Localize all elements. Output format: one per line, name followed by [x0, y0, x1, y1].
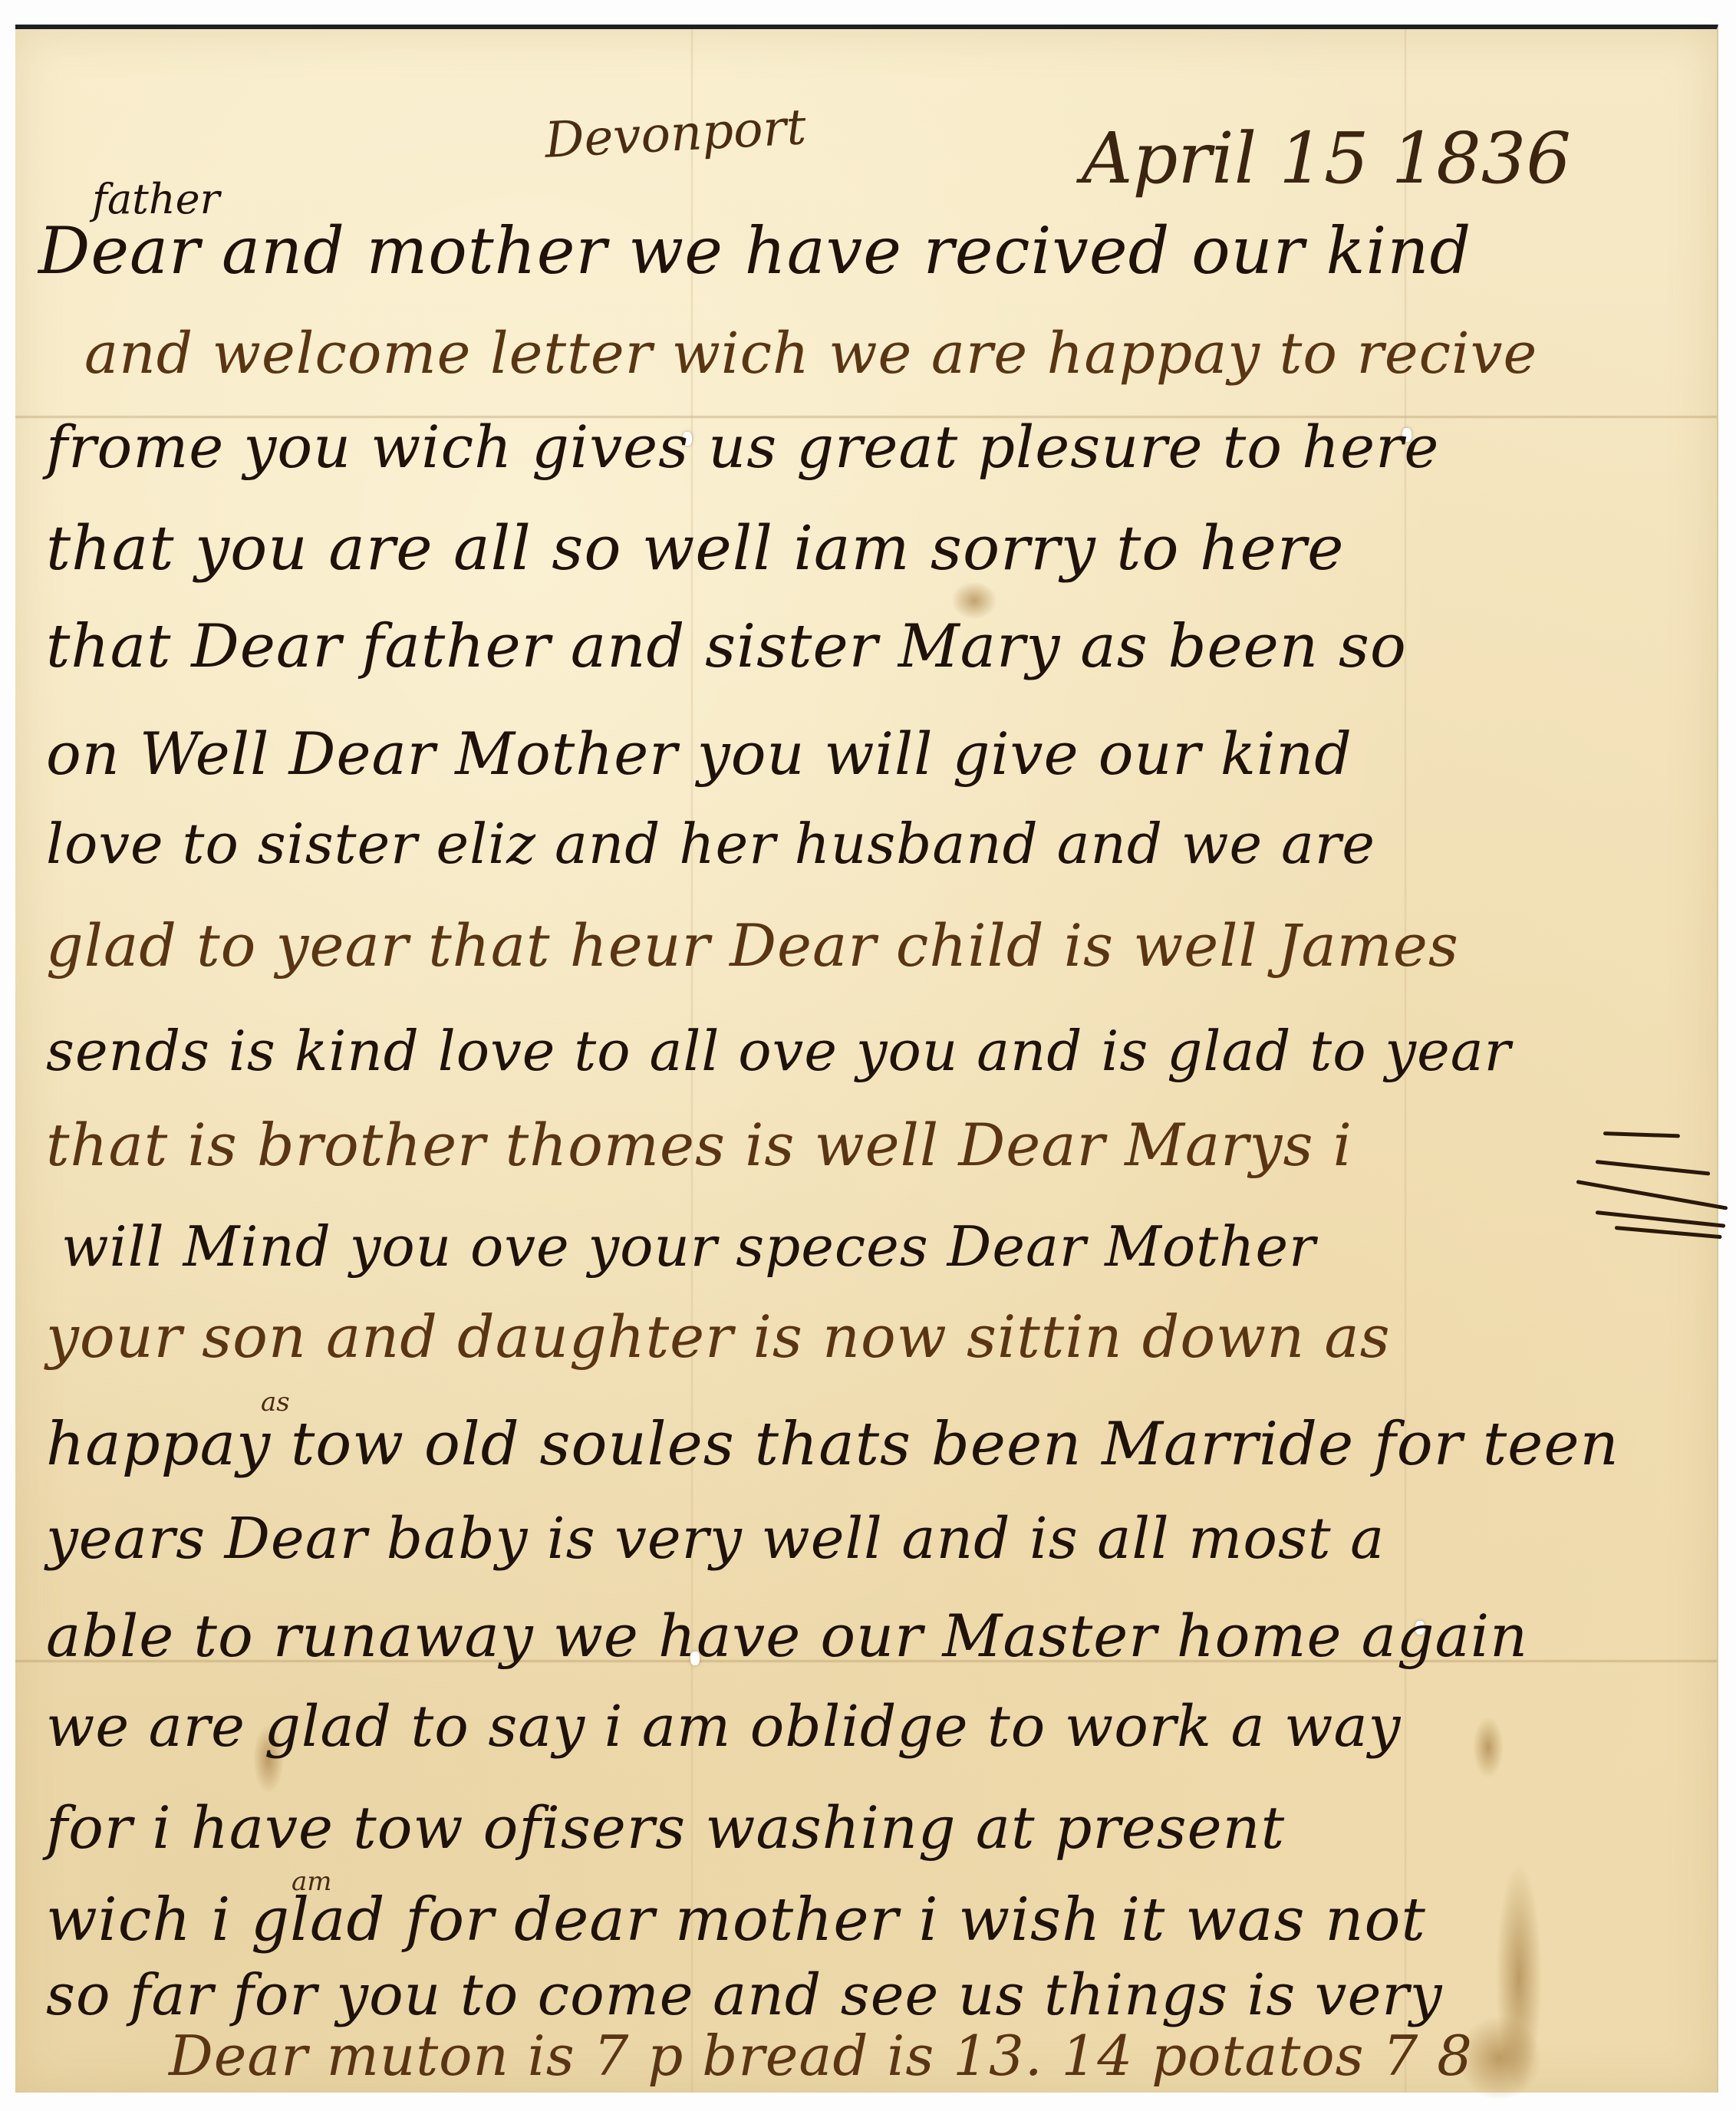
- letter-line-14: years Dear baby is very well and is all …: [46, 1506, 1385, 1572]
- margin-mark: [1596, 1210, 1726, 1228]
- margin-mark: [1596, 1160, 1711, 1176]
- letter-line-17: for i have tow ofisers washing at presen…: [46, 1793, 1285, 1862]
- letter-line-8: glad to year that heur Dear child is wel…: [46, 911, 1459, 980]
- letter-line-16: we are glad to say i am oblidge to work …: [46, 1694, 1401, 1760]
- letter-date: April 15 1836: [1082, 117, 1571, 199]
- letter-line-10: that is brother thomes is well Dear Mary…: [46, 1111, 1352, 1179]
- letter-line-15: able to runaway we have our Master home …: [46, 1602, 1528, 1670]
- letter-line-9: sends is kind love to all ove you and is…: [46, 1019, 1511, 1083]
- letter-line-4: that you are all so well iam sorry to he…: [46, 512, 1344, 584]
- letter-page: Devonport April 15 1836 father Dear and …: [15, 25, 1718, 2093]
- letter-line-19: so far for you to come and see us things…: [46, 1962, 1443, 2028]
- letter-line-3: frome you wich gives us great plesure to…: [46, 413, 1439, 481]
- letter-line-11: will Mind you ove your speces Dear Mothe…: [61, 1214, 1316, 1279]
- ink-stain: [1473, 1717, 1504, 1778]
- letter-line-12: your son and daughter is now sittin down…: [46, 1302, 1391, 1371]
- letter-line-18: wich i glad for dear mother i wish it wa…: [46, 1885, 1426, 1955]
- letter-line-7: love to sister eliz and her husband and …: [46, 812, 1375, 876]
- letter-line-6: on Well Dear Mother you will give our ki…: [46, 720, 1352, 788]
- margin-mark: [1576, 1180, 1728, 1210]
- letter-line-13: happay tow old soules thats been Marride…: [46, 1410, 1619, 1479]
- letter-line-1: Dear and mother we have recived our kind: [38, 213, 1471, 288]
- letter-line-20: Dear muton is 7 p bread is 13. 14 potato…: [169, 2024, 1473, 2088]
- letter-line-5: that Dear father and sister Mary as been…: [46, 612, 1407, 681]
- margin-mark: [1615, 1226, 1722, 1239]
- letter-place: Devonport: [543, 99, 807, 170]
- letter-line-2: and welcome letter wich we are happay to…: [84, 321, 1537, 387]
- margin-mark: [1603, 1131, 1680, 1138]
